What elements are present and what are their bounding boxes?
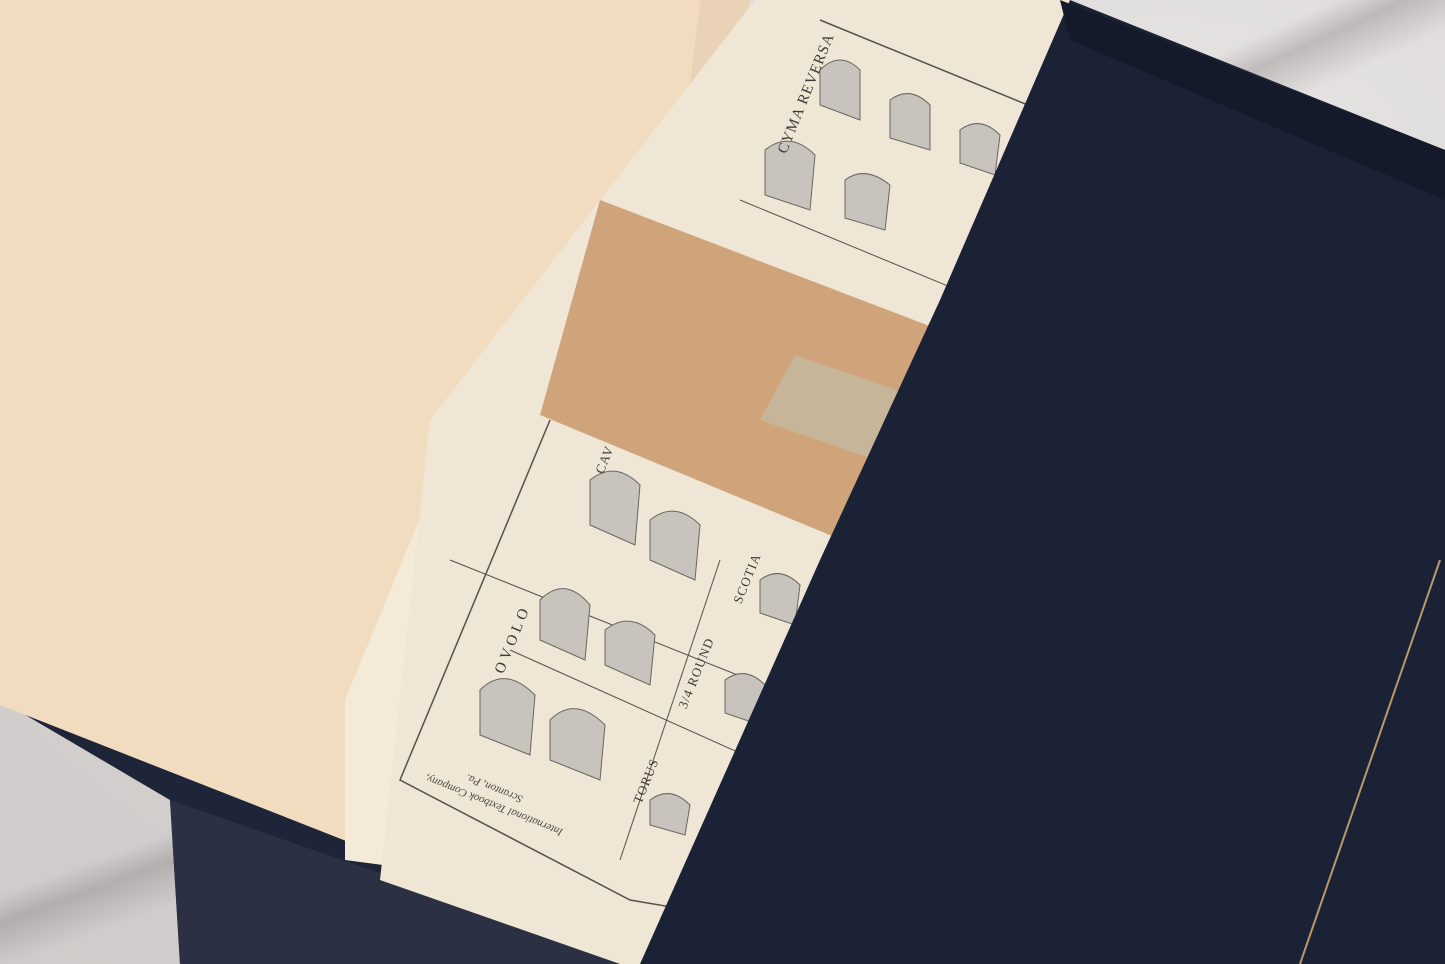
book-scene (0, 0, 1445, 964)
